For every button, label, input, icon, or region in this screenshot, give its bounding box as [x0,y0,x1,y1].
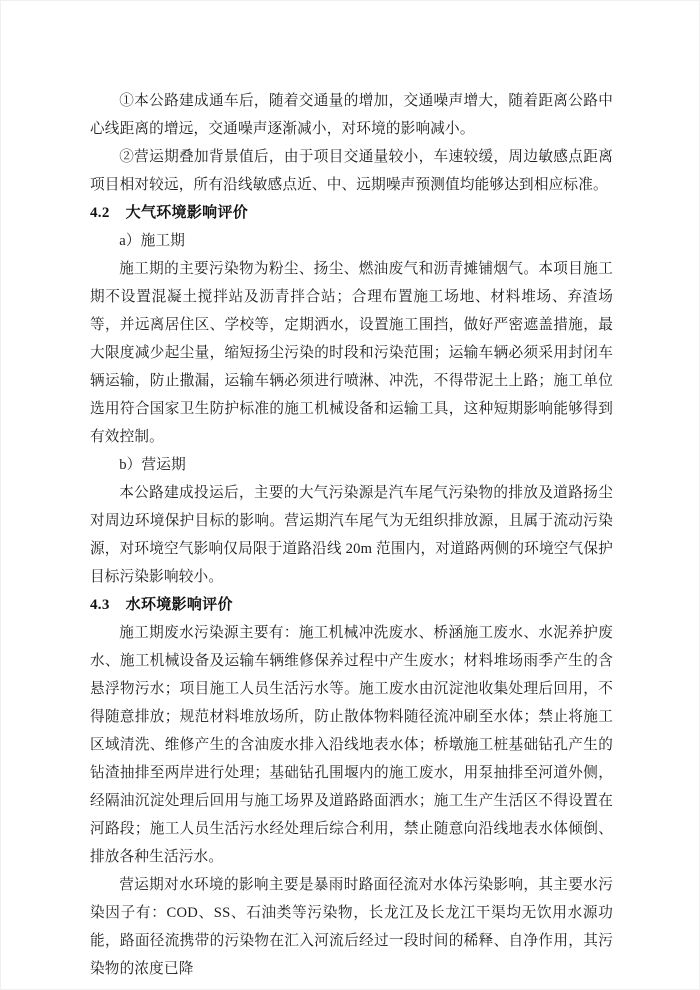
para-noise-background-overlay: ②营运期叠加背景值后，由于项目交通量较小，车速较缓，周边敏感点距离项目相对较远，… [90,143,613,199]
section-number: 4.3 [90,591,110,619]
section-title: 水环境影响评价 [126,596,233,613]
para-operation-air-impact: 本公路建成投运后，主要的大气污染源是汽车尾气污染物的排放及道路扬尘对周边环境保护… [90,479,613,591]
section-title: 大气环境影响评价 [126,204,248,221]
section-heading-4-3: 4.3水环境影响评价 [90,591,613,619]
para-operation-water-impact: 营运期对水环境的影响主要是暴雨时路面径流对水体污染影响，其主要水污染因子有：CO… [90,871,613,983]
subheading-construction-period: a）施工期 [90,227,613,255]
para-construction-wastewater: 施工期废水污染源主要有：施工机械冲洗废水、桥涵施工废水、水泥养护废水、施工机械设… [90,619,613,871]
section-number: 4.2 [90,199,110,227]
document-page: ①本公路建成通车后，随着交通量的增加，交通噪声增大，随着距离公路中心线距离的增远… [0,0,700,990]
document-body: ①本公路建成通车后，随着交通量的增加，交通噪声增大，随着距离公路中心线距离的增远… [90,87,613,983]
para-construction-air-impact: 施工期的主要污染物为粉尘、扬尘、燃油废气和沥青摊铺烟气。本项目施工期不设置混凝土… [90,255,613,451]
subheading-operation-period: b）营运期 [90,451,613,479]
section-heading-4-2: 4.2大气环境影响评价 [90,199,613,227]
para-noise-traffic-increase: ①本公路建成通车后，随着交通量的增加，交通噪声增大，随着距离公路中心线距离的增远… [90,87,613,143]
